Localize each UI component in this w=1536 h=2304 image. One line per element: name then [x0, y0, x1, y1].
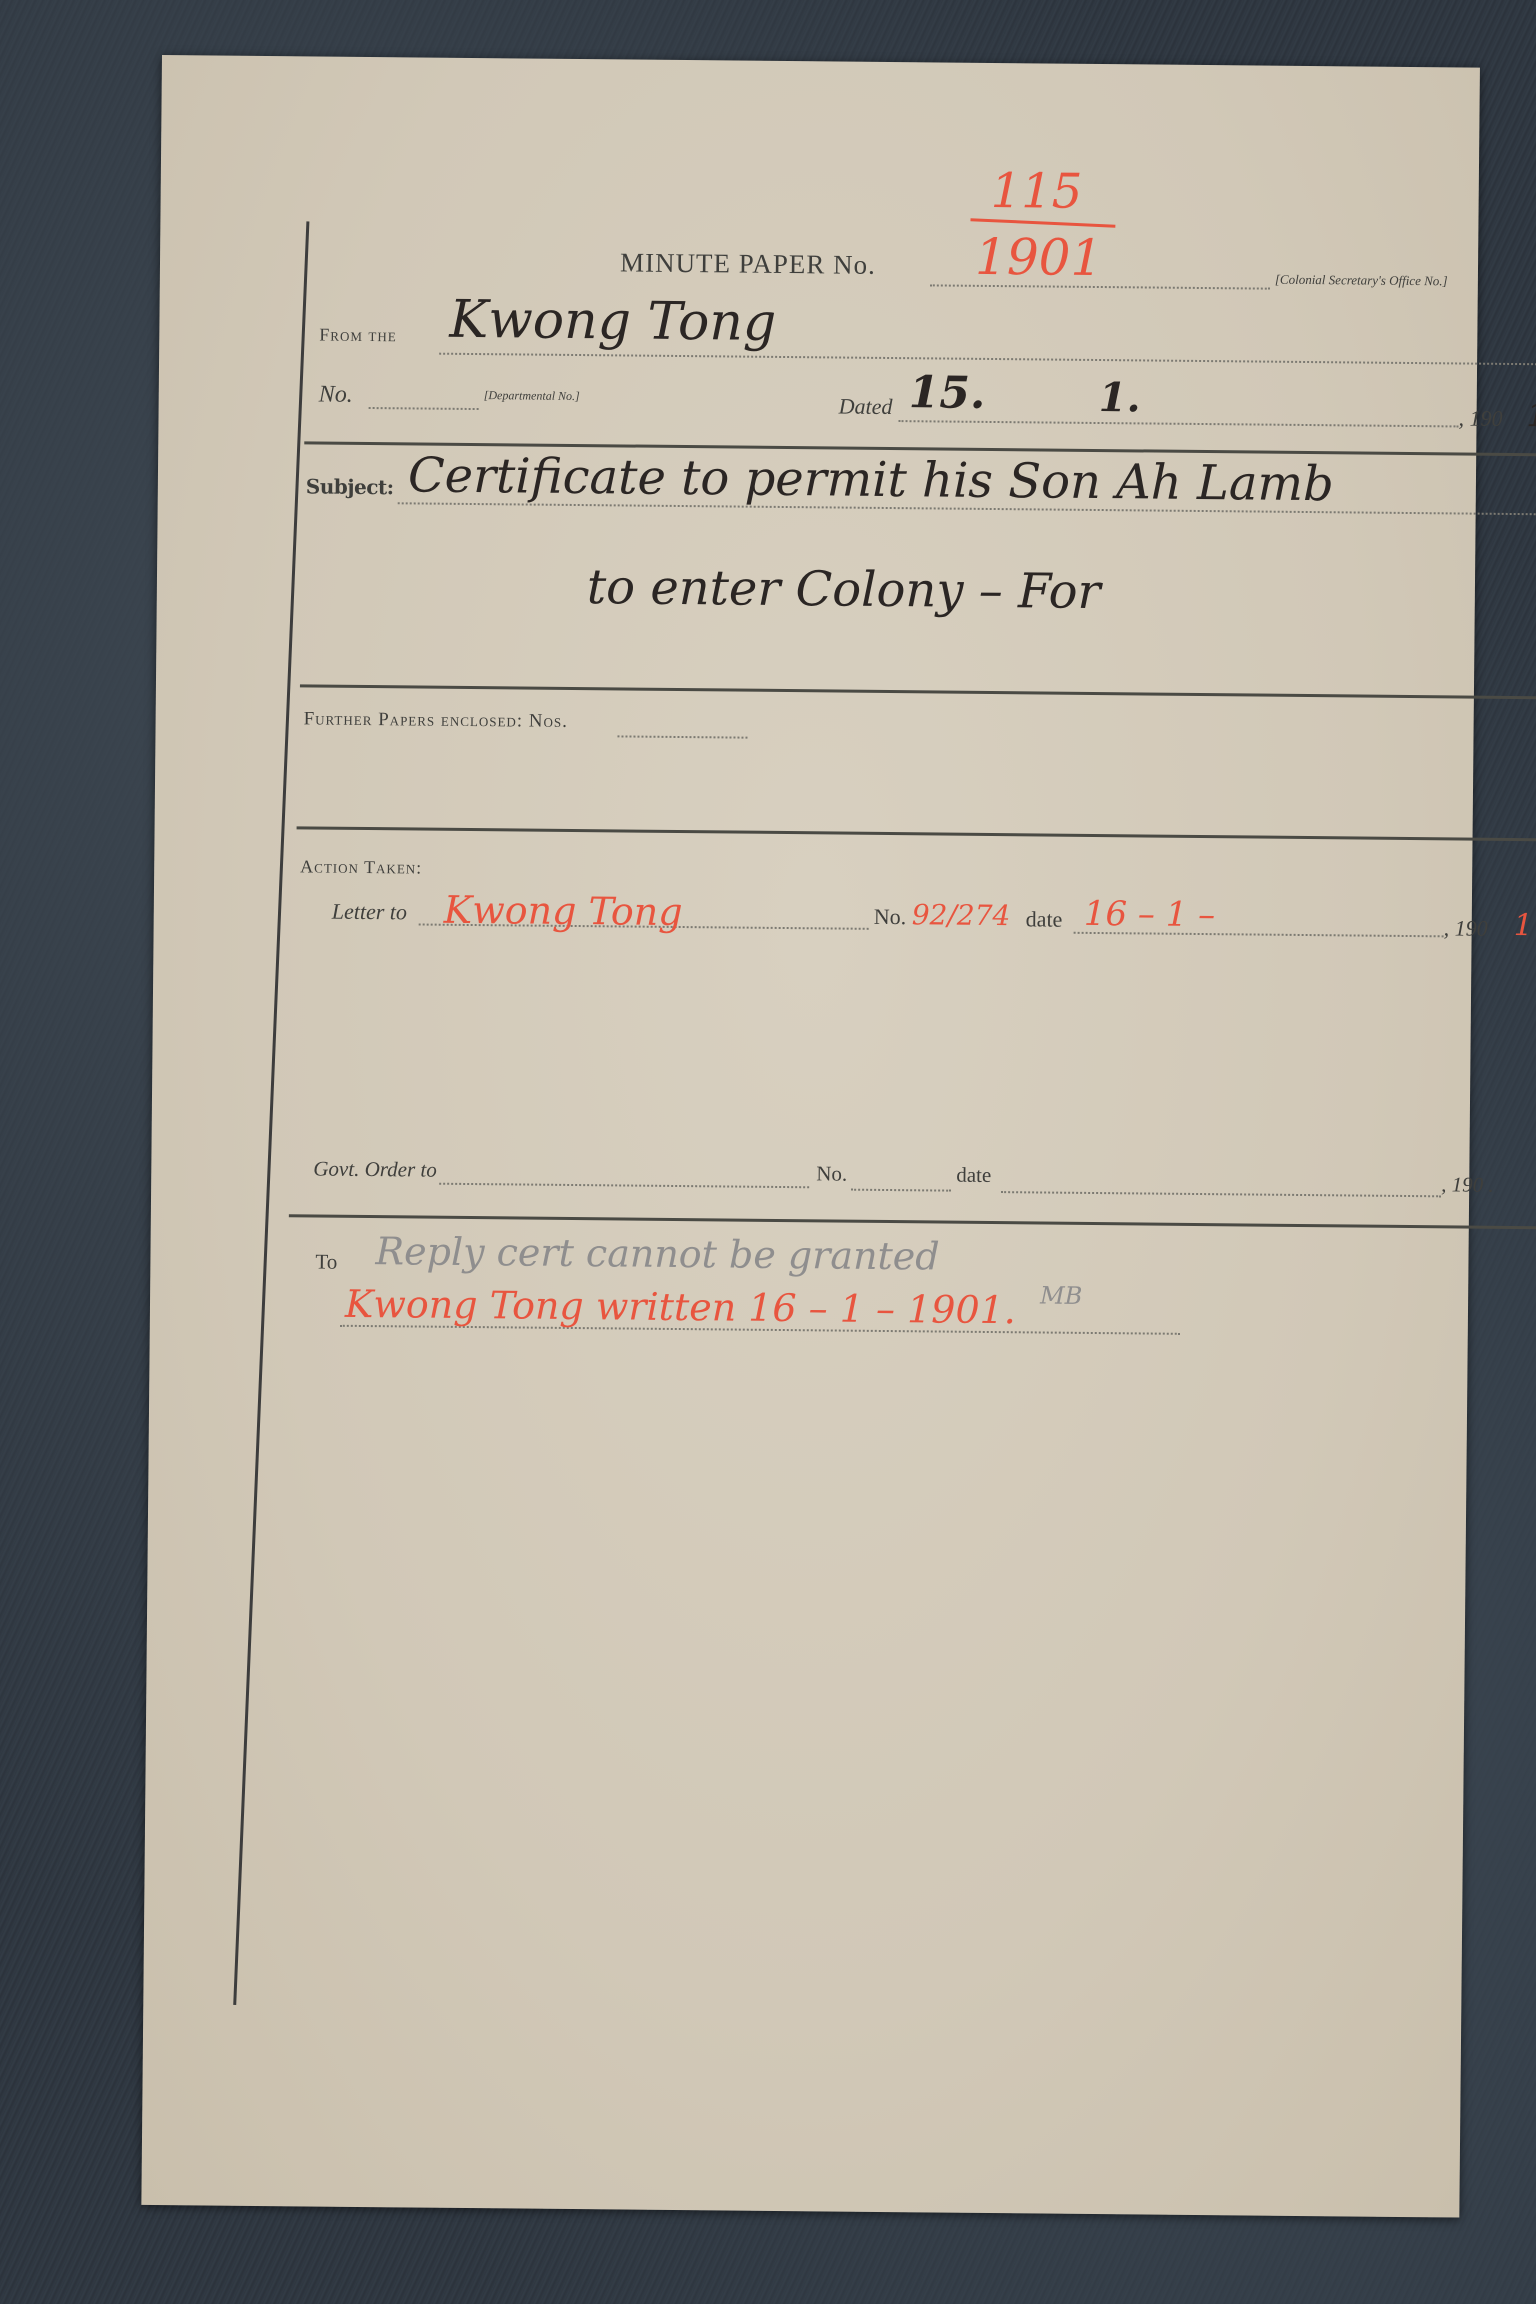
subject-label: Subject: — [306, 474, 394, 499]
govt-no-label: No. — [816, 1161, 847, 1186]
letter-to-value: Kwong Tong — [444, 888, 683, 934]
dated-dotted-line — [899, 420, 1459, 427]
action-divider — [289, 1214, 1536, 1229]
letter-no-label: No. — [874, 904, 907, 930]
minute-paper-document: MINUTE PAPER No. 115 1901 [Colonial Secr… — [141, 55, 1480, 2218]
letter-no-value: 92/274 — [912, 898, 1011, 932]
dated-label: Dated — [839, 394, 893, 421]
letter-year-prefix: , 190 — [1444, 915, 1488, 941]
subject-divider — [300, 684, 1536, 699]
minute-number: 115 — [990, 163, 1082, 220]
from-value: Kwong Tong — [449, 290, 776, 353]
dated-day: 15. — [909, 367, 986, 419]
departmental-label: [Departmental No.] — [484, 388, 580, 404]
subject-line-2: to enter Colony – For — [587, 559, 1101, 620]
subject-line-1: Certificate to permit his Son Ah Lamb — [408, 447, 1334, 512]
dated-year-suffix: 1. — [1526, 396, 1536, 434]
govt-order-dotted-line — [439, 1183, 809, 1189]
letter-date-label: date — [1026, 906, 1063, 932]
govt-no-dotted-line — [851, 1189, 951, 1192]
no-label: No. — [319, 382, 353, 409]
letter-year-suffix: 1 — [1514, 908, 1533, 943]
pencil-note: Reply cert cannot be granted — [375, 1229, 940, 1278]
left-margin-rule — [233, 221, 309, 2005]
govt-date-label: date — [956, 1163, 991, 1188]
to-red-note: Kwong Tong written 16 – 1 – 1901. — [345, 1282, 1016, 1332]
letter-to-label: Letter to — [332, 899, 407, 926]
govt-order-label: Govt. Order to — [313, 1157, 437, 1183]
pencil-initials: MB — [1040, 1281, 1082, 1309]
further-papers-divider — [297, 826, 1536, 841]
action-taken-label: Action Taken: — [300, 856, 422, 878]
further-papers-dotted-line — [617, 735, 747, 738]
dated-month: 1. — [1099, 374, 1141, 421]
colonial-office-label: [Colonial Secretary's Office No.] — [1275, 272, 1448, 290]
govt-year: , 190 . — [1441, 1172, 1494, 1198]
minute-year: 1901 — [975, 228, 1103, 287]
to-label: To — [315, 1250, 337, 1275]
letter-date-value: 16 – 1 – — [1084, 894, 1216, 935]
further-papers-label: Further Papers enclosed: Nos. — [304, 708, 569, 733]
no-dotted-line — [369, 407, 479, 410]
minute-paper-title: MINUTE PAPER No. — [620, 247, 876, 280]
from-dotted-line — [439, 353, 1536, 366]
govt-date-dotted-line — [1001, 1191, 1441, 1197]
from-label: From the — [319, 325, 397, 347]
minute-fraction-bar — [970, 218, 1115, 227]
dated-year-prefix: , 190 — [1458, 405, 1502, 431]
